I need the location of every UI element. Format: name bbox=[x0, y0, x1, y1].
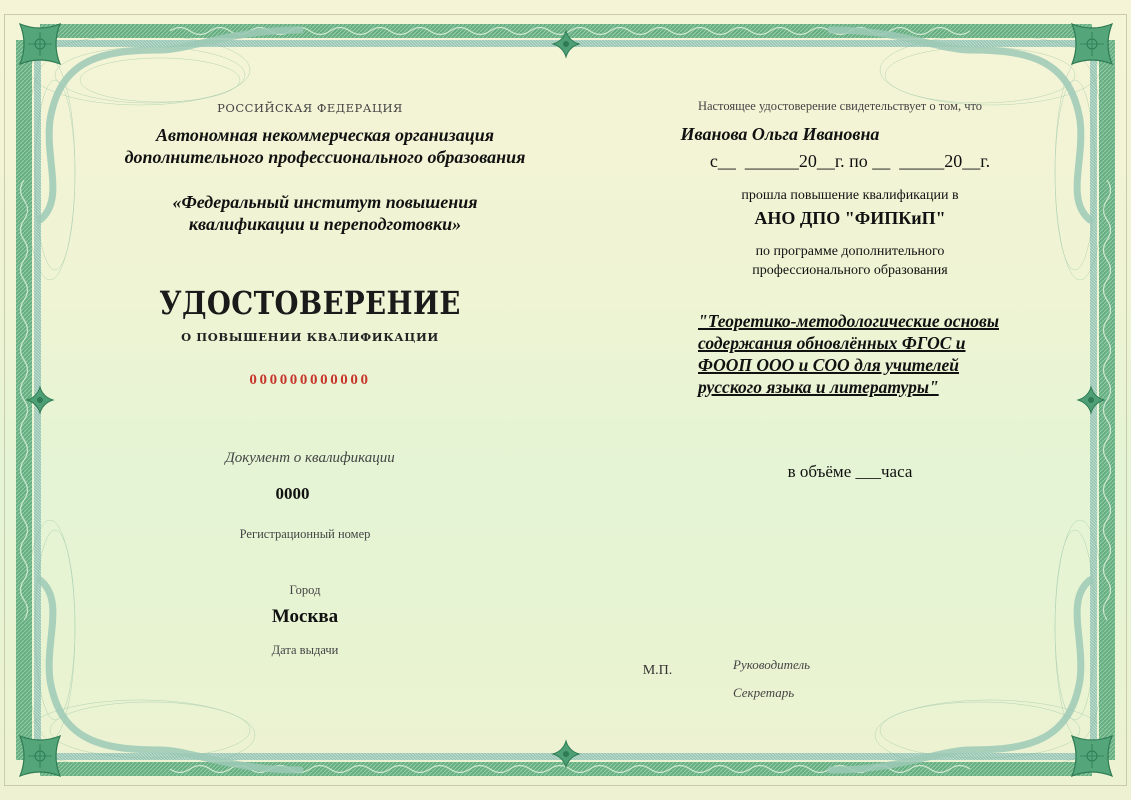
document-label: Документ о квалификации bbox=[150, 450, 470, 467]
registration-number-label: Регистрационный номер bbox=[150, 527, 460, 542]
stamp-place-label: М.П. bbox=[630, 663, 685, 679]
guilloche-border-frame bbox=[0, 0, 1131, 800]
issue-date-label: Дата выдачи bbox=[150, 643, 460, 658]
serial-number: 000000000000 bbox=[150, 372, 470, 389]
corner-ornament-bottom-right bbox=[1072, 736, 1112, 776]
corner-ornament-top-right bbox=[1072, 24, 1112, 64]
course-title: "Теоретико-методологические основы содер… bbox=[698, 310, 1048, 398]
certificate-spread: РОССИЙСКАЯ ФЕДЕРАЦИЯ Автономная некоммер… bbox=[0, 0, 1131, 800]
certifies-text: Настоящее удостоверение свидетельствует … bbox=[640, 99, 1040, 114]
passed-training-text: прошла повышение квалификации в bbox=[640, 188, 1060, 204]
city-label: Город bbox=[150, 583, 460, 598]
organization-short-name: АНО ДПО "ФИПКиП" bbox=[640, 208, 1060, 229]
city-value: Москва bbox=[150, 606, 460, 628]
corner-ornament-top-left bbox=[20, 24, 60, 64]
organization-name: Автономная некоммерческая организация до… bbox=[90, 124, 560, 168]
document-number: 0000 bbox=[150, 484, 435, 504]
person-name: Иванова Ольга Ивановна bbox=[640, 124, 920, 145]
program-description: по программе дополнительного профессиона… bbox=[640, 242, 1060, 280]
head-signature-label: Руководитель bbox=[733, 657, 873, 673]
document-title: УДОСТОВЕРЕНИЕ bbox=[155, 284, 465, 322]
institute-name: «Федеральный институт повышения квалифик… bbox=[110, 191, 540, 235]
country-label: РОССИЙСКАЯ ФЕДЕРАЦИЯ bbox=[130, 101, 490, 115]
training-date-range: с__ ______20__г. по __ _____20__г. bbox=[640, 151, 1060, 172]
document-subtitle: О ПОВЫШЕНИИ КВАЛИФИКАЦИИ bbox=[130, 330, 490, 344]
corner-ornament-bottom-left bbox=[20, 736, 60, 776]
course-volume: в объёме ___часа bbox=[680, 462, 1020, 482]
secretary-signature-label: Секретарь bbox=[733, 685, 873, 701]
